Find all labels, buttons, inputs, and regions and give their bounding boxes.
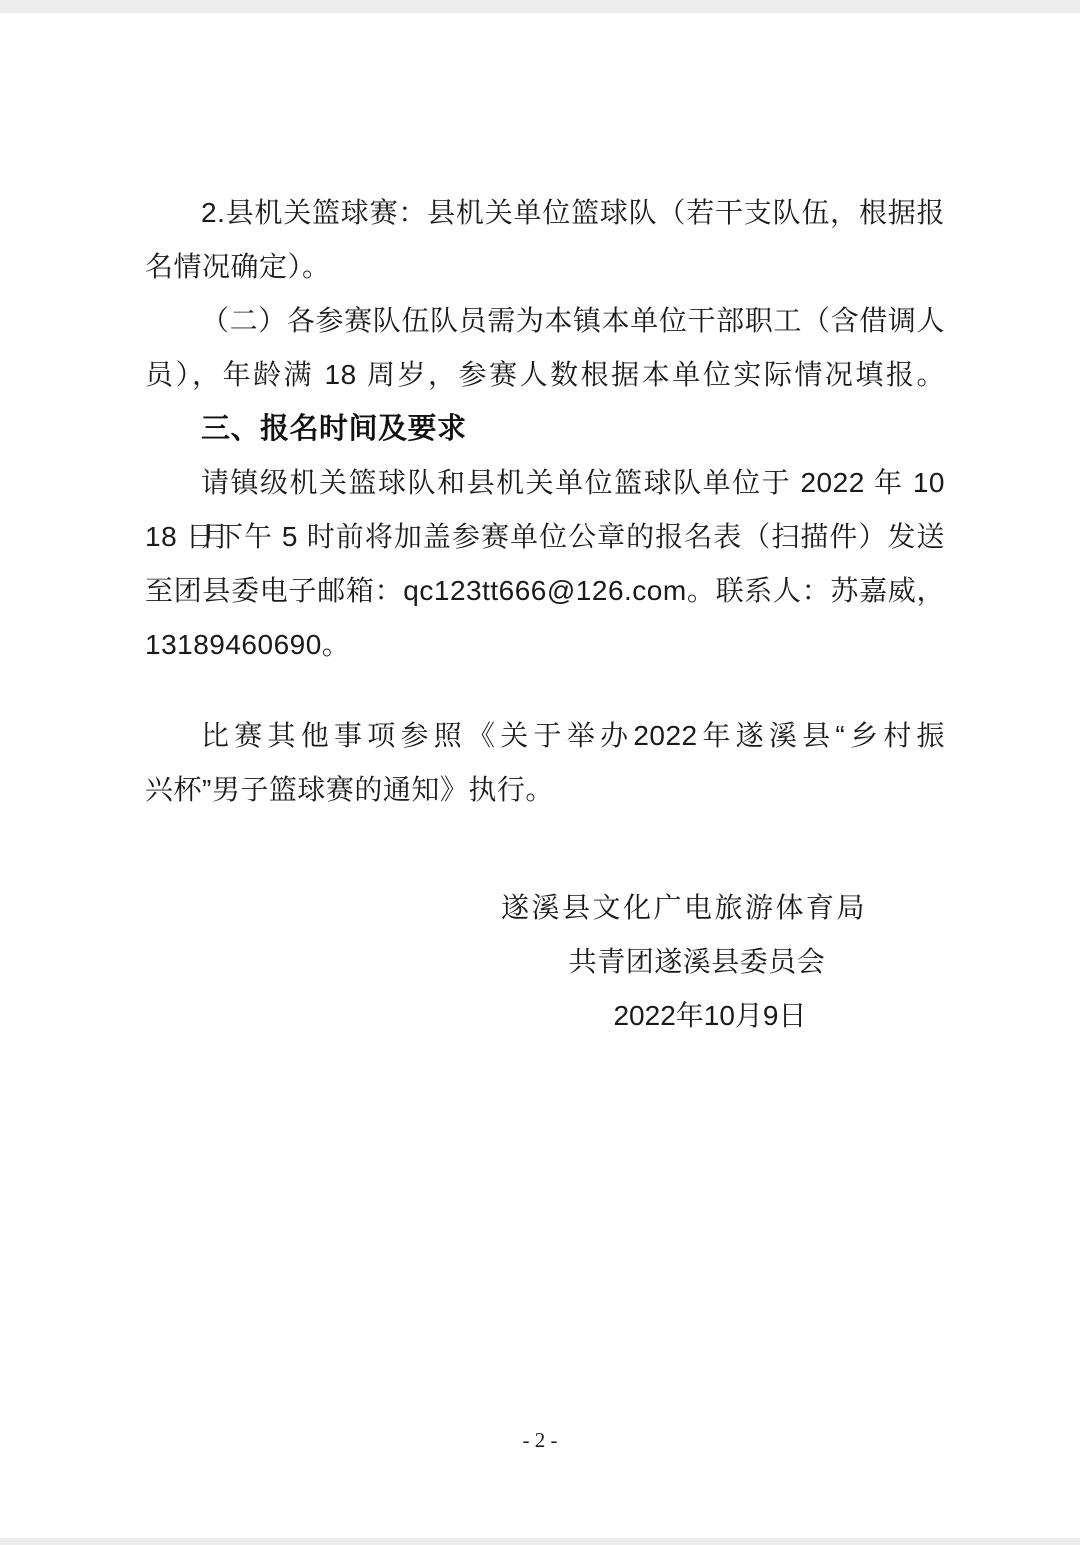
text-line: 2.县机关篮球赛：县机关单位篮球队（若干支队伍，根据报 <box>145 186 945 240</box>
signature-block: 遂溪县文化广电旅游体育局 共青团遂溪县委员会 2022年10月9日 <box>0 881 1080 1043</box>
document-page: 2.县机关篮球赛：县机关单位篮球队（若干支队伍，根据报名情况确定）。（二）各参赛… <box>0 0 1080 1545</box>
top-edge-strip <box>0 0 1080 13</box>
text-line: 员），年龄满 18 周岁，参赛人数根据本单位实际情况填报。 <box>145 348 945 402</box>
paragraph-spacer <box>145 672 945 709</box>
text-line: 名情况确定）。 <box>145 240 945 294</box>
text-line: 兴杯”男子篮球赛的通知》执行。 <box>145 763 945 817</box>
signature-org-1: 遂溪县文化广电旅游体育局 <box>501 881 867 935</box>
bottom-edge-strip <box>0 1538 1080 1545</box>
section-heading: 三、报名时间及要求 <box>145 402 945 456</box>
document-body: 2.县机关篮球赛：县机关单位篮球队（若干支队伍，根据报名情况确定）。（二）各参赛… <box>145 186 945 817</box>
page-number: - 2 - <box>0 1428 1080 1453</box>
text-line: （二）各参赛队伍队员需为本镇本单位干部职工（含借调人 <box>145 294 945 348</box>
signature-date: 2022年10月9日 <box>613 989 806 1043</box>
text-line: 18 日下午 5 时前将加盖参赛单位公章的报名表（扫描件）发送 <box>145 510 945 564</box>
text-line: 比赛其他事项参照《关于举办2022年遂溪县“乡村振 <box>145 709 945 763</box>
signature-org-2: 共青团遂溪县委员会 <box>569 935 826 989</box>
text-line: 13189460690。 <box>145 618 945 672</box>
text-line: 至团县委电子邮箱：qc123tt666@126.com。联系人：苏嘉威， <box>145 564 945 618</box>
text-line: 请镇级机关篮球队和县机关单位篮球队单位于 2022 年 10 月 <box>145 456 945 510</box>
